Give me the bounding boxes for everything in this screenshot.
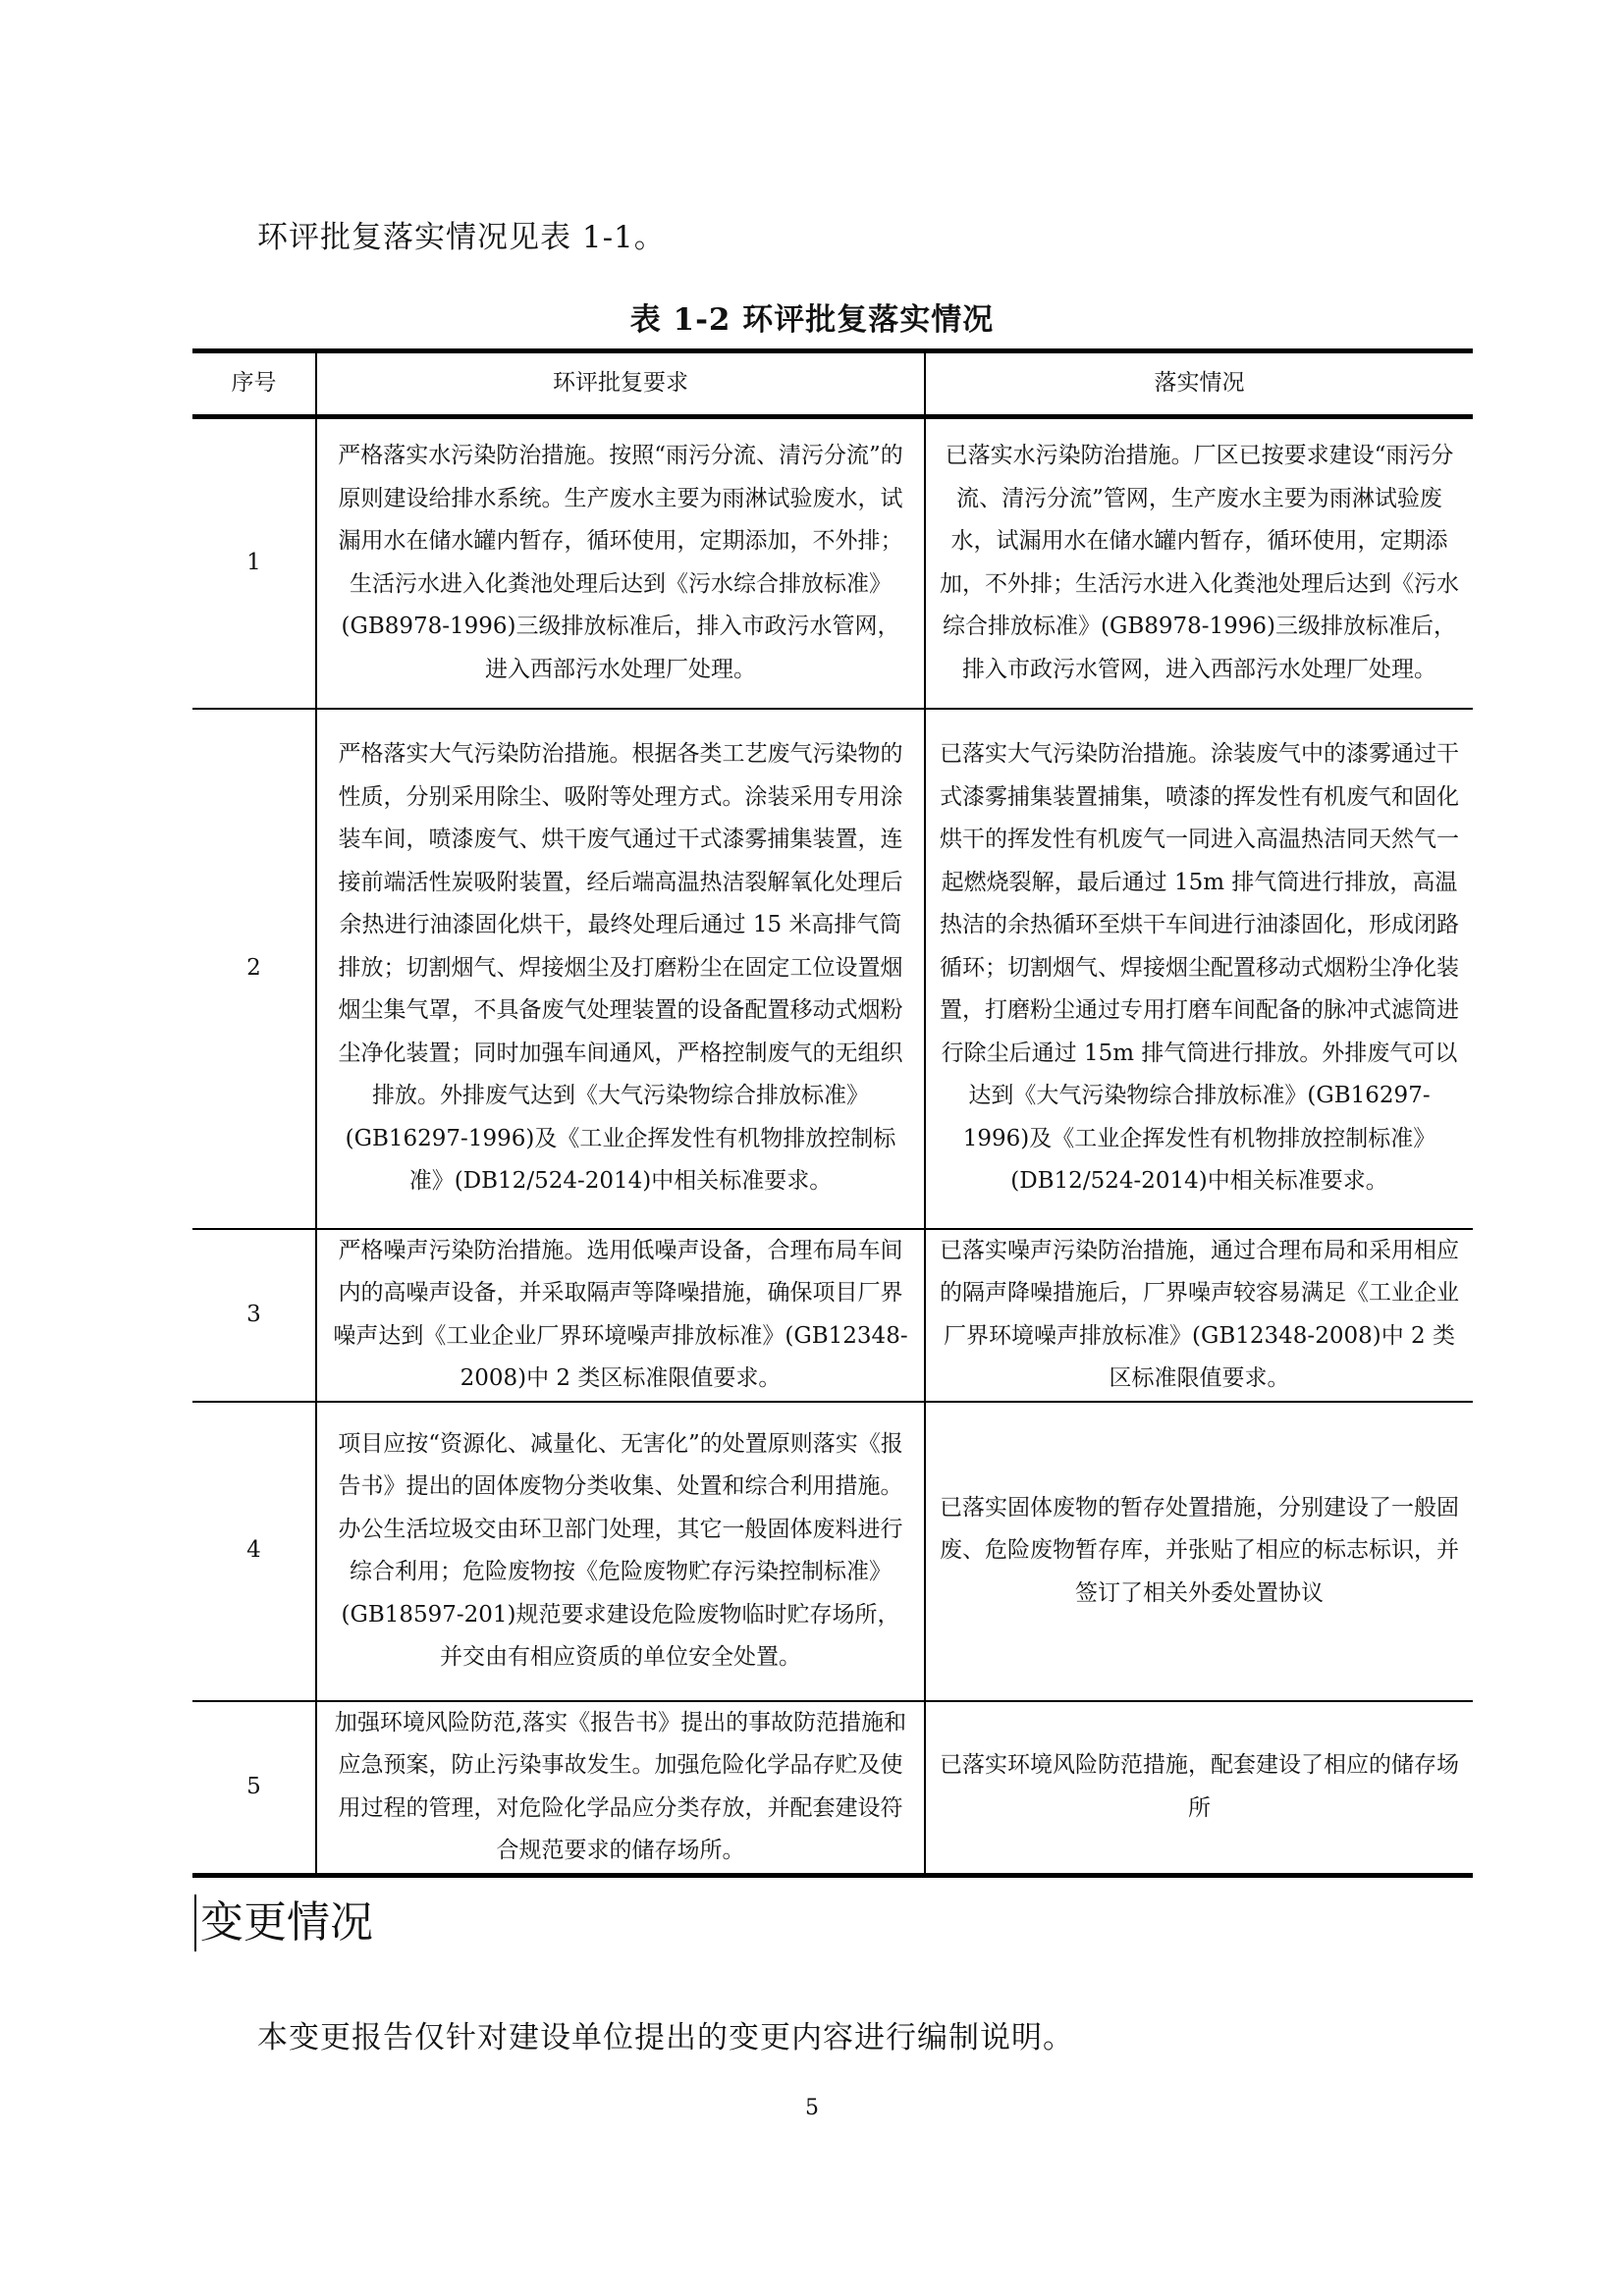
row-requirement: 严格落实大气污染防治措施。根据各类工艺废气污染物的性质，分别采用除尘、吸附等处理… xyxy=(316,709,925,1229)
row-implementation: 已落实大气污染防治措施。涂装废气中的漆雾通过干式漆雾捕集装置捕集，喷漆的挥发性有… xyxy=(925,709,1473,1229)
header-serial-number: 序号 xyxy=(192,351,316,417)
row-implementation: 已落实水污染防治措施。厂区已按要求建设“雨污分流、清污分流”管网，生产废水主要为… xyxy=(925,417,1473,709)
row-requirement: 严格噪声污染防治措施。选用低噪声设备，合理布局车间内的高噪声设备，并采取隔声等降… xyxy=(316,1229,925,1402)
row-implementation: 已落实环境风险防范措施，配套建设了相应的储存场所 xyxy=(925,1701,1473,1876)
row-requirement: 严格落实水污染防治措施。按照“雨污分流、清污分流”的原则建设给排水系统。生产废水… xyxy=(316,417,925,709)
header-requirement: 环评批复要求 xyxy=(316,351,925,417)
table-row: 4 项目应按“资源化、减量化、无害化”的处置原则落实《报告书》提出的固体废物分类… xyxy=(192,1402,1473,1701)
row-implementation: 已落实噪声污染防治措施，通过合理布局和采用相应的隔声降噪措施后，厂界噪声较容易满… xyxy=(925,1229,1473,1402)
row-number: 3 xyxy=(192,1229,316,1402)
table-row: 5 加强环境风险防范,落实《报告书》提出的事故防范措施和应急预案，防止污染事故发… xyxy=(192,1701,1473,1876)
section-paragraph: 本变更报告仅针对建设单位提出的变更内容进行编制说明。 xyxy=(257,2012,1074,2056)
intro-paragraph: 环评批复落实情况见表 1-1。 xyxy=(257,212,666,256)
table-row: 2 严格落实大气污染防治措施。根据各类工艺废气污染物的性质，分别采用除尘、吸附等… xyxy=(192,709,1473,1229)
table-row: 1 严格落实水污染防治措施。按照“雨污分流、清污分流”的原则建设给排水系统。生产… xyxy=(192,417,1473,709)
row-number: 5 xyxy=(192,1701,316,1876)
row-number: 4 xyxy=(192,1402,316,1701)
table-row: 3 严格噪声污染防治措施。选用低噪声设备，合理布局车间内的高噪声设备，并采取隔声… xyxy=(192,1229,1473,1402)
row-implementation: 已落实固体废物的暂存处置措施，分别建设了一般固废、危险废物暂存库，并张贴了相应的… xyxy=(925,1402,1473,1701)
row-requirement: 加强环境风险防范,落实《报告书》提出的事故防范措施和应急预案，防止污染事故发生。… xyxy=(316,1701,925,1876)
section-heading: 变更情况 xyxy=(194,1895,373,1951)
row-number: 2 xyxy=(192,709,316,1229)
page-number: 5 xyxy=(0,2096,1624,2120)
row-requirement: 项目应按“资源化、减量化、无害化”的处置原则落实《报告书》提出的固体废物分类收集… xyxy=(316,1402,925,1701)
row-number: 1 xyxy=(192,417,316,709)
table-header-row: 序号 环评批复要求 落实情况 xyxy=(192,351,1473,417)
header-implementation: 落实情况 xyxy=(925,351,1473,417)
approval-implementation-table: 序号 环评批复要求 落实情况 1 严格落实水污染防治措施。按照“雨污分流、清污分… xyxy=(192,348,1473,1878)
table-caption: 表 1-2 环评批复落实情况 xyxy=(0,294,1624,339)
